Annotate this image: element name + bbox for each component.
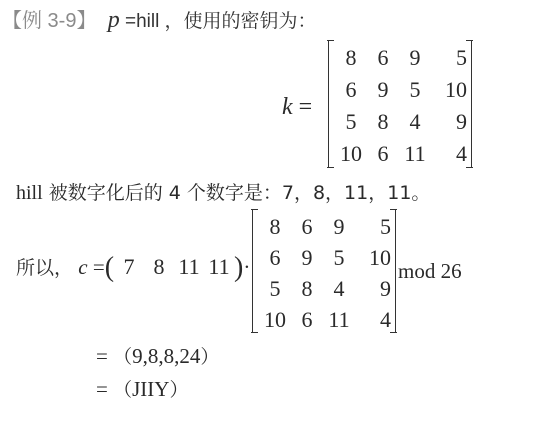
digitize-text: 被数字化后的 4 个数字是：7，8，11，11。 <box>43 182 431 204</box>
matrix-cell: 6 <box>367 138 399 170</box>
cipher-equals: = <box>93 255 105 279</box>
multiply-dot: · <box>243 255 250 279</box>
matrix-cell: 10 <box>259 304 291 335</box>
matrix-cell: 9 <box>291 242 323 273</box>
matrix-cell: 5 <box>259 273 291 304</box>
cipher-numbers: 9,8,8,24 <box>132 344 200 368</box>
matrix-cell: 5 <box>323 242 355 273</box>
example-heading: 【例 3-9】 p =hill ，使用的密钥为： <box>2 4 317 34</box>
matrix-cell: 8 <box>291 273 323 304</box>
key-label: k = <box>282 94 312 121</box>
matrix-cell: 10 <box>355 242 395 273</box>
ciphertext-variable: c <box>78 255 87 279</box>
cipher-letters: JIIY <box>132 377 169 401</box>
matrix-cell: 9 <box>399 42 431 74</box>
modulus-label: mod 26 <box>398 259 462 284</box>
matrix-cell: 4 <box>355 304 395 335</box>
key-equals: = <box>299 94 313 120</box>
matrix-cell: 4 <box>431 138 471 170</box>
digitize-sentence: hill 被数字化后的 4 个数字是：7，8，11，11。 <box>16 178 430 205</box>
heading-text: ，使用的密钥为： <box>165 10 317 32</box>
matrix-cell: 8 <box>367 106 399 138</box>
ciphertext-result: = （JIIY） <box>96 375 188 402</box>
matrix-cell: 6 <box>367 42 399 74</box>
encryption-key-matrix: 8 6 9 5 6 9 5 10 5 8 4 9 10 6 11 4 <box>252 209 396 333</box>
plaintext-word: hill <box>16 182 43 204</box>
matrix-cell: 4 <box>399 106 431 138</box>
matrix-cell: 4 <box>323 273 355 304</box>
matrix-cell: 5 <box>355 211 395 242</box>
matrix-cell: 6 <box>291 304 323 335</box>
matrix-cell: 5 <box>335 106 367 138</box>
plaintext-value: =hill <box>125 11 159 32</box>
matrix-cell: 9 <box>323 211 355 242</box>
key-matrix: 8 6 9 5 6 9 5 10 5 8 4 9 10 6 11 4 <box>328 40 472 168</box>
matrix-cell: 9 <box>431 106 471 138</box>
matrix-cell: 10 <box>335 138 367 170</box>
matrix-cell: 5 <box>399 74 431 106</box>
plaintext-vector: (781111) <box>105 254 244 279</box>
matrix-cell: 10 <box>431 74 471 106</box>
matrix-cell: 6 <box>259 242 291 273</box>
matrix-cell: 9 <box>355 273 395 304</box>
matrix-cell: 5 <box>431 42 471 74</box>
matrix-cell: 6 <box>291 211 323 242</box>
matrix-cell: 8 <box>259 211 291 242</box>
matrix-cell: 11 <box>399 138 431 170</box>
matrix-cell: 8 <box>335 42 367 74</box>
matrix-cell: 9 <box>367 74 399 106</box>
encryption-equation: 所以， c =(781111)· <box>16 252 250 284</box>
key-variable: k <box>282 94 293 120</box>
matrix-cell: 6 <box>335 74 367 106</box>
therefore-prefix: 所以， <box>16 257 73 279</box>
example-tag: 【例 3-9】 <box>2 10 96 32</box>
matrix-cell: 11 <box>323 304 355 335</box>
plaintext-variable: p <box>108 7 120 33</box>
numeric-result: = （9,8,8,24） <box>96 342 219 369</box>
